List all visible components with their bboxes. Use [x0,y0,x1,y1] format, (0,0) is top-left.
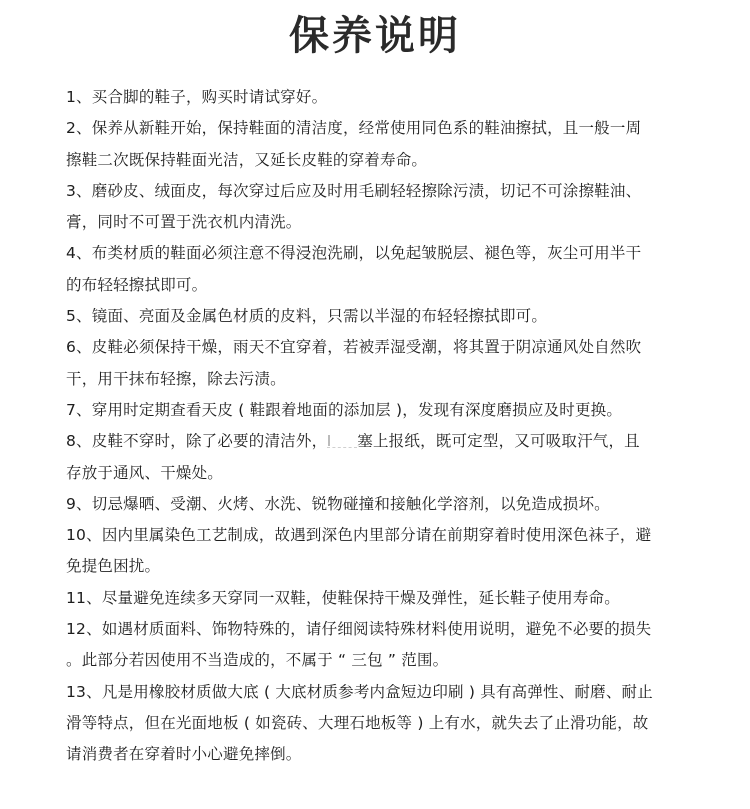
instruction-text: 塞上报纸，既可定型，又可吸取汗气，且 [357,432,640,450]
instruction-item-11: 11、尽量避免连续多天穿同一双鞋，使鞋保持干燥及弹性，延长鞋子使用寿命。 [66,583,706,614]
instruction-line: 5、镜面、亮面及金属色材质的皮料，只需以半湿的布轻轻擦拭即可。 [66,301,706,332]
instruction-line: 12、如遇材质面料、饰物特殊的，请仔细阅读特殊材料使用说明，避免不必要的损失 [66,614,706,645]
instruction-line: 1、买合脚的鞋子，购买时请试穿好。 [66,82,706,113]
instruction-line: 7、穿用时定期查看天皮 ( 鞋跟着地面的添加层 )，发现有深度磨损应及时更换。 [66,395,706,426]
instruction-line: 。此部分若因使用不当造成的，不属于 “ 三包 ” 范围。 [66,645,706,676]
instruction-item-3: 3、磨砂皮、绒面皮，每次穿过后应及时用毛刷轻轻擦除污渍，切记不可涂擦鞋油、 膏，… [66,176,706,239]
instruction-line: 11、尽量避免连续多天穿同一双鞋，使鞋保持干燥及弹性，延长鞋子使用寿命。 [66,583,706,614]
instruction-line: 9、切忌爆晒、受潮、火烤、水洗、锐物碰撞和接触化学溶剂，以免造成损坏。 [66,489,706,520]
instruction-item-9: 9、切忌爆晒、受潮、火烤、水洗、锐物碰撞和接触化学溶剂，以免造成损坏。 [66,489,706,520]
instruction-item-5: 5、镜面、亮面及金属色材质的皮料，只需以半湿的布轻轻擦拭即可。 [66,301,706,332]
instruction-line: 6、皮鞋必须保持干燥，雨天不宜穿着，若被弄湿受潮，将其置于阴凉通风处自然吹 [66,332,706,363]
instruction-line: 10、因内里属染色工艺制成，故遇到深色内里部分请在前期穿着时使用深色袜子，避 [66,520,706,551]
instruction-line: 干，用干抹布轻擦，除去污渍。 [66,364,706,395]
instruction-line: 的布轻轻擦拭即可。 [66,270,706,301]
instruction-line: 膏，同时不可置于洗衣机内清洗。 [66,207,706,238]
instruction-item-7: 7、穿用时定期查看天皮 ( 鞋跟着地面的添加层 )，发现有深度磨损应及时更换。 [66,395,706,426]
instruction-item-12: 12、如遇材质面料、饰物特殊的，请仔细阅读特殊材料使用说明，避免不必要的损失 。… [66,614,706,677]
instruction-line: 存放于通风、干燥处。 [66,458,706,489]
care-instructions-list: 1、买合脚的鞋子，购买时请试穿好。 2、保养从新鞋开始，保持鞋面的清洁度，经常使… [66,82,706,771]
instruction-line: 13、凡是用橡胶材质做大底 ( 大底材质参考内盒短边印刷 ) 具有高弹性、耐磨、… [66,677,706,708]
instruction-line: 8、皮鞋不穿时，除了必要的清洁外，塞上报纸，既可定型，又可吸取汗气，且 [66,426,706,457]
instruction-line: 免提色困扰。 [66,551,706,582]
instruction-item-8: 8、皮鞋不穿时，除了必要的清洁外，塞上报纸，既可定型，又可吸取汗气，且 存放于通… [66,426,706,489]
instruction-item-2: 2、保养从新鞋开始，保持鞋面的清洁度，经常使用同色系的鞋油擦拭，且一般一周 擦鞋… [66,113,706,176]
instruction-line: 擦鞋二次既保持鞋面光洁，又延长皮鞋的穿着寿命。 [66,145,706,176]
instruction-line: 4、布类材质的鞋面必须注意不得浸泡洗刷，以免起皱脱层、褪色等，灰尘可用半干 [66,238,706,269]
instruction-item-6: 6、皮鞋必须保持干燥，雨天不宜穿着，若被弄湿受潮，将其置于阴凉通风处自然吹 干，… [66,332,706,395]
erased-text-mark [327,433,357,448]
instruction-text: 8、皮鞋不穿时，除了必要的清洁外， [66,432,327,450]
instruction-line: 请消费者在穿着时小心避免摔倒。 [66,739,706,770]
instruction-item-10: 10、因内里属染色工艺制成，故遇到深色内里部分请在前期穿着时使用深色袜子，避 免… [66,520,706,583]
instruction-item-1: 1、买合脚的鞋子，购买时请试穿好。 [66,82,706,113]
instruction-line: 滑等特点，但在光面地板 ( 如瓷砖、大理石地板等 ) 上有水，就失去了止滑功能，… [66,708,706,739]
instruction-item-4: 4、布类材质的鞋面必须注意不得浸泡洗刷，以免起皱脱层、褪色等，灰尘可用半干 的布… [66,238,706,301]
instruction-item-13: 13、凡是用橡胶材质做大底 ( 大底材质参考内盒短边印刷 ) 具有高弹性、耐磨、… [66,677,706,771]
instruction-line: 3、磨砂皮、绒面皮，每次穿过后应及时用毛刷轻轻擦除污渍，切记不可涂擦鞋油、 [66,176,706,207]
page-title: 保养说明 [0,10,750,62]
instruction-line: 2、保养从新鞋开始，保持鞋面的清洁度，经常使用同色系的鞋油擦拭，且一般一周 [66,113,706,144]
